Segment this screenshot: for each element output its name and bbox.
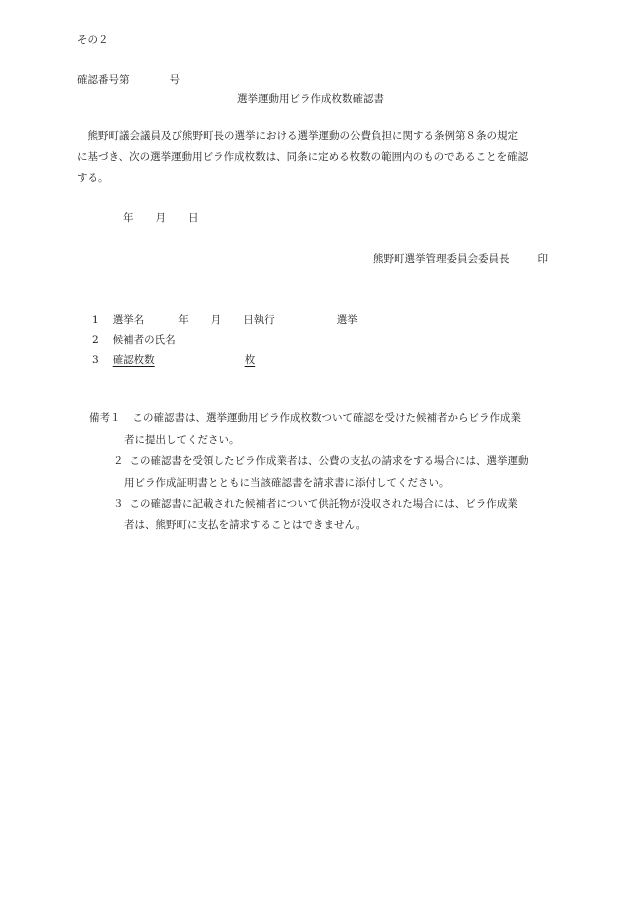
election-suffix: 選挙 [337, 314, 358, 326]
item-number: 2 [92, 334, 99, 346]
election-day-exec-label: 日執行 [243, 314, 275, 326]
date-month-label: 月 [156, 212, 167, 224]
body-text: 熊野町議会議員及び熊野町長の選挙における選挙運動の公費負担に関する条例第８条の規… [77, 126, 551, 189]
item-label: 候補者の氏名 [113, 334, 176, 346]
note-1: 備考１この確認書は、選挙運動用ビラ作成枚数ついて確認を受けた候補者からビラ作成業 [89, 411, 521, 425]
body-text-line-3: する。 [77, 168, 551, 189]
issuer-name: 熊野町選挙管理委員会委員長 [373, 253, 510, 265]
note-1-line-1: この確認書は、選挙運動用ビラ作成枚数ついて確認を受けた候補者からビラ作成業 [133, 412, 522, 424]
item-confirmed-count: 3確認枚数枚 [92, 353, 255, 367]
notes-heading: 備考１ [89, 412, 121, 424]
election-year-label: 年 [178, 314, 189, 326]
item-number: 1 [92, 314, 99, 326]
confirmation-number: 確認番号第号 [77, 73, 180, 87]
date-day-label: 日 [188, 212, 199, 224]
election-month-label: 月 [211, 314, 222, 326]
note-3: ３この確認書に記載された候補者について供託物が没収された場合には、ビラ作成業 [113, 497, 518, 511]
date-year-label: 年 [123, 212, 134, 224]
item-candidate-name: 2候補者の氏名 [92, 333, 176, 347]
seal-mark: 印 [538, 253, 549, 265]
item-label: 選挙名 [113, 314, 145, 326]
note-2-line-2: 用ビラ作成証明書とともに当該確認書を請求書に添付してください。 [124, 476, 450, 490]
confirmation-number-suffix: 号 [170, 74, 181, 86]
note-1-line-2: 者に提出してください。 [124, 433, 240, 447]
item-election-name: 1選挙名年月日執行選挙 [92, 313, 358, 327]
count-unit: 枚 [245, 354, 256, 366]
body-text-line-2: に基づき、次の選挙運動用ビラ作成枚数は、同条に定める枚数の範囲内のものであること… [77, 147, 551, 168]
issue-date: 年月日 [123, 211, 199, 225]
signature-block: 熊野町選挙管理委員会委員長印 [373, 252, 548, 266]
note-3-line-1: この確認書に記載された候補者について供託物が没収された場合には、ビラ作成業 [130, 498, 518, 510]
body-text-line-1: 熊野町議会議員及び熊野町長の選挙における選挙運動の公費負担に関する条例第８条の規… [77, 126, 551, 147]
note-2-line-1: この確認書を受領したビラ作成業者は、公費の支払の請求をする場合には、選挙運動 [130, 455, 529, 467]
note-3-line-2: 者は、熊野町に支払を請求することはできません。 [124, 518, 366, 532]
confirmation-number-prefix: 確認番号第 [77, 74, 130, 86]
note-2: ２この確認書を受領したビラ作成業者は、公費の支払の請求をする場合には、選挙運動 [113, 454, 529, 468]
item-number: 3 [92, 354, 99, 366]
note-3-number: ３ [113, 498, 124, 510]
note-2-number: ２ [113, 455, 124, 467]
document-title: 選挙運動用ビラ作成枚数確認書 [237, 92, 384, 106]
confirmed-count-field: 確認枚数枚 [113, 354, 256, 366]
form-number: その２ [77, 33, 109, 47]
item-label: 確認枚数 [113, 354, 155, 366]
